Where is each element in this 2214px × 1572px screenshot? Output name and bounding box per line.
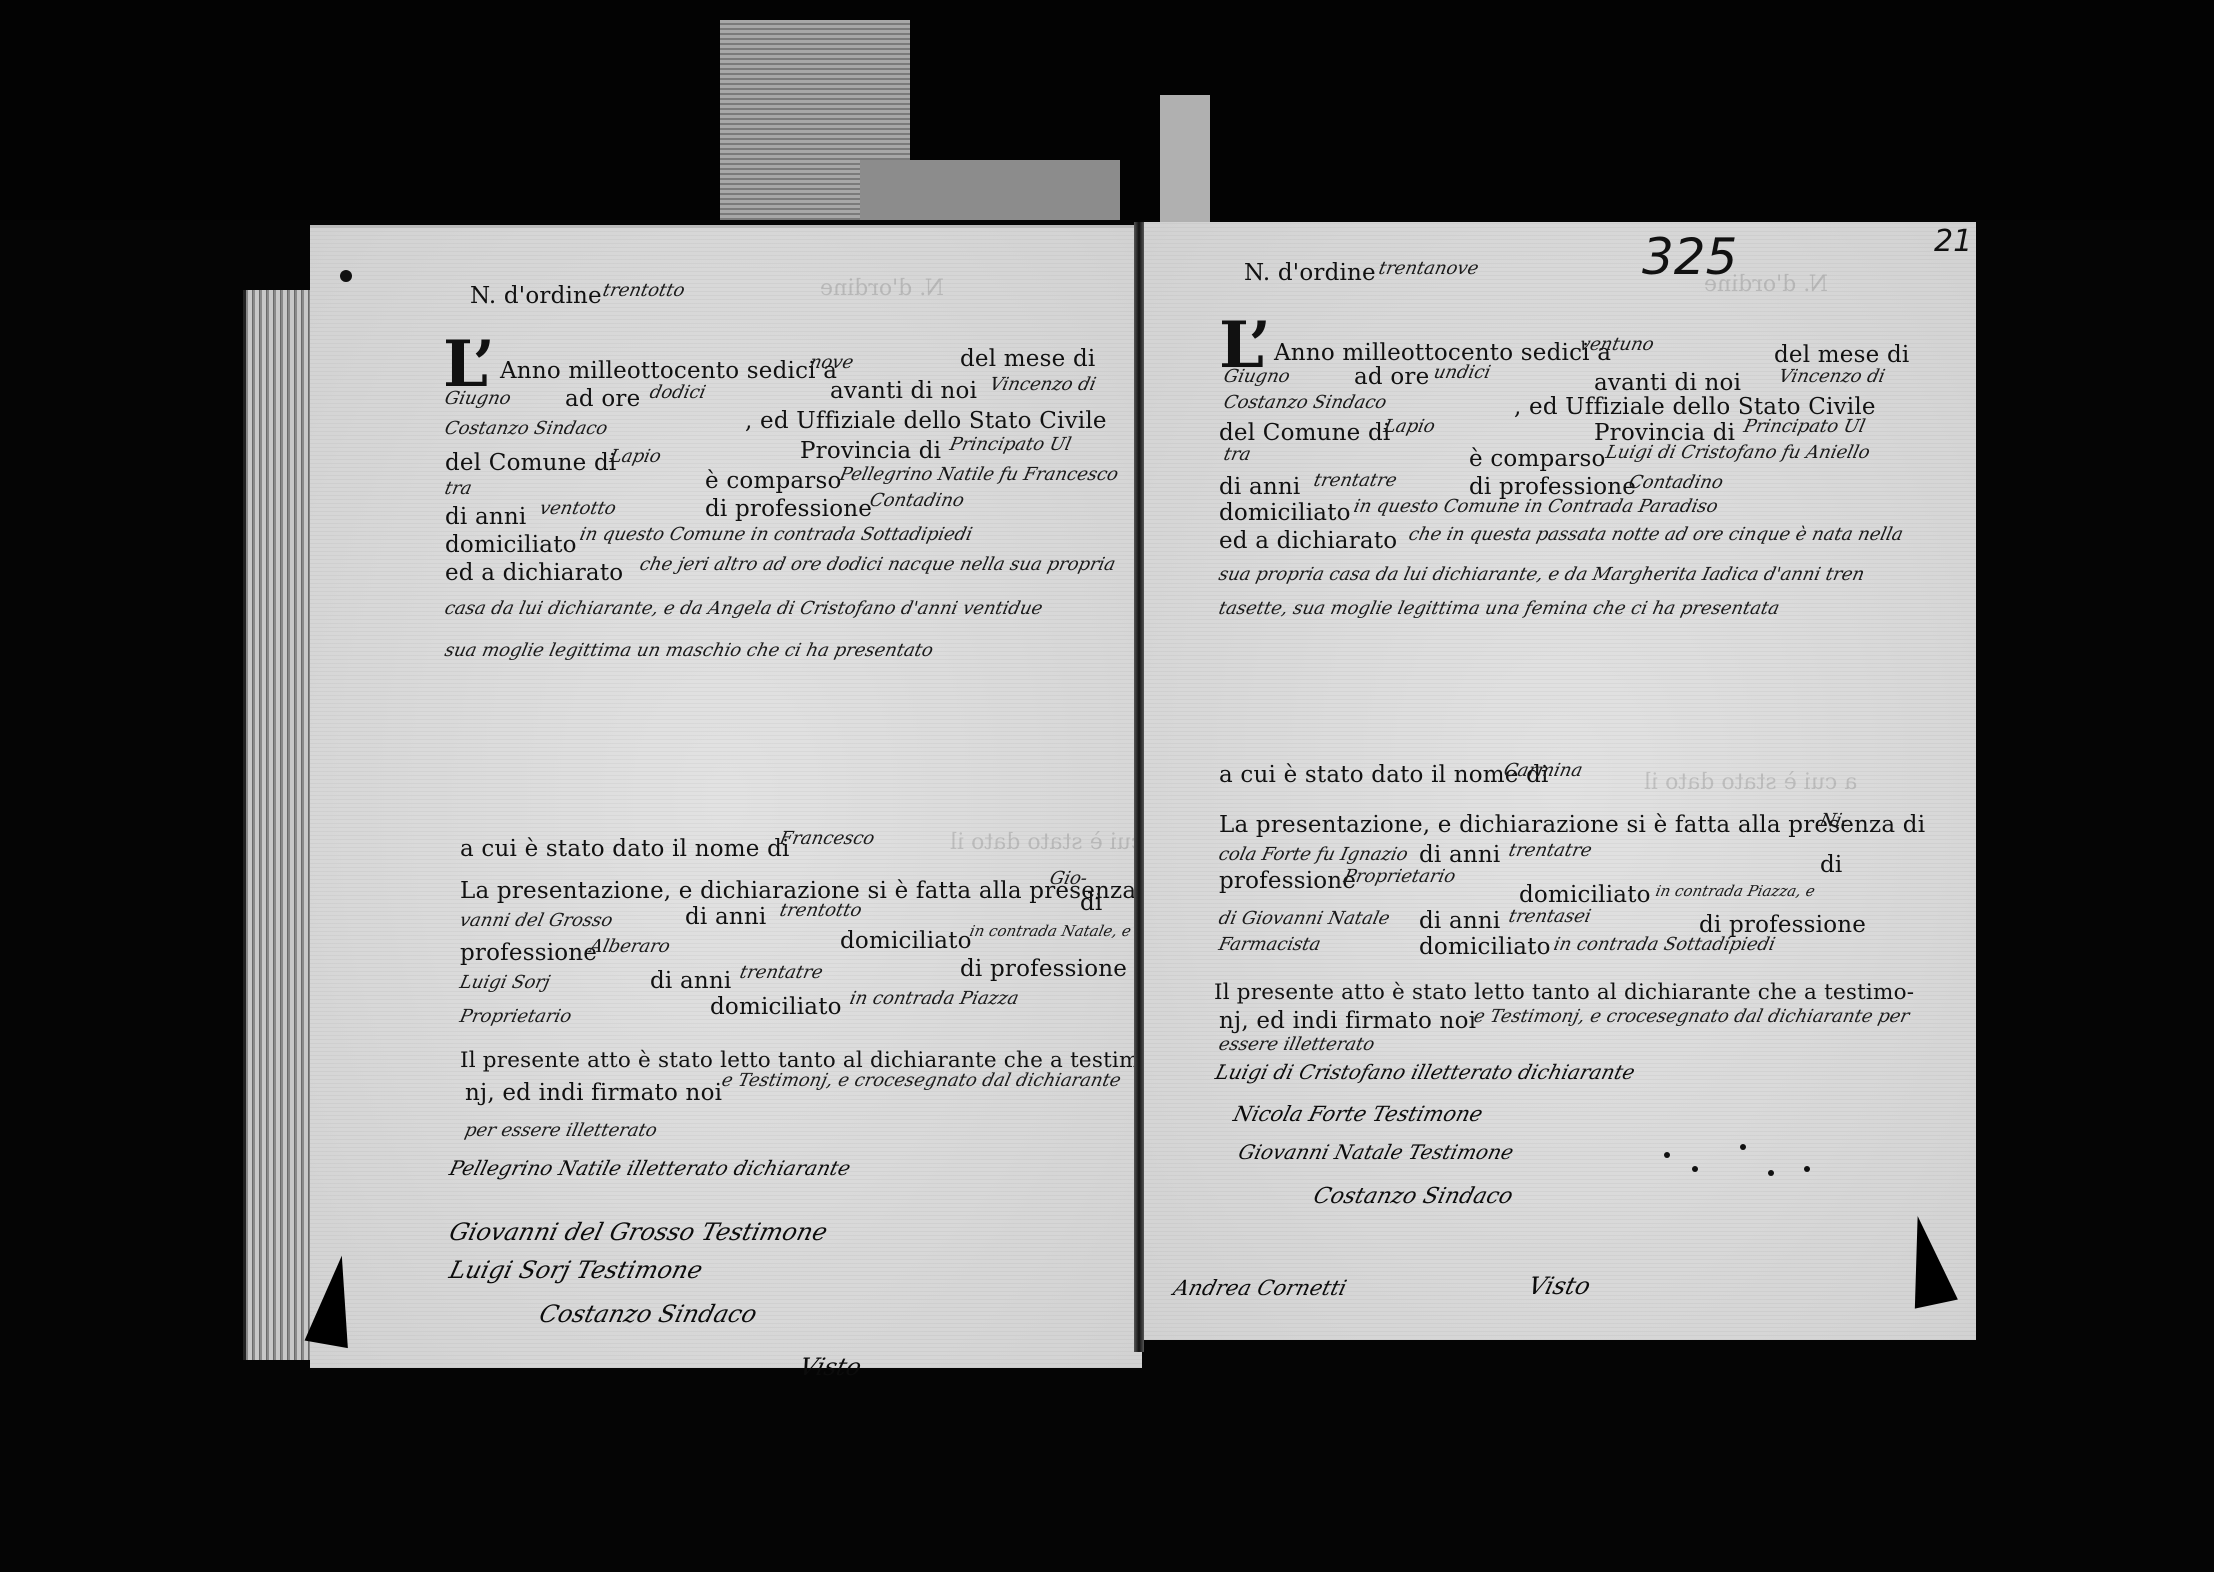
signature-witness: Giovanni Natale Testimone <box>1236 1140 1516 1164</box>
signature-mayor: Costanzo Sindaco <box>1311 1184 1516 1209</box>
ink-spot <box>1664 1152 1670 1158</box>
handwritten-declaration: casa da lui dichiarante, e da Angela di … <box>443 598 1045 619</box>
torn-paper-fragment <box>1160 95 1210 225</box>
ink-spot <box>1740 1144 1746 1150</box>
handwritten-declaration: sua moglie legittima un maschio che ci h… <box>443 640 935 661</box>
printed-text: domiciliato <box>1419 934 1551 960</box>
signature-visto: Visto <box>1526 1272 1594 1300</box>
printed-text: è comparso <box>705 468 842 494</box>
printed-text: ad ore <box>565 386 640 412</box>
printed-text: avanti di noi <box>830 378 977 404</box>
handwritten-declarant: Pellegrino Natile fu Francesco <box>838 464 1121 485</box>
handwritten-address: in contrada Sottadipiedi <box>1552 934 1777 955</box>
printed-text: di anni <box>685 904 767 930</box>
handwritten-profession: Alberaro <box>588 936 672 957</box>
handwritten-witness: Luigi Sorj <box>458 972 552 993</box>
printed-text: di professione <box>705 496 872 522</box>
handwritten-address: in questo Comune in Contrada Paradiso <box>1352 496 1720 517</box>
printed-text: di <box>1080 890 1102 916</box>
printed-text: nj, ed indi firmato noi <box>465 1080 722 1106</box>
handwritten-profession: Proprietario <box>1342 866 1458 887</box>
handwritten-profession: Contadino <box>868 490 966 511</box>
printed-text: nj, ed indi firmato noi <box>1219 1008 1476 1034</box>
handwritten-witness: vanni del Grosso <box>458 910 615 931</box>
handwritten-month: Giugno <box>1222 366 1292 387</box>
handwritten-officer: Vincenzo di <box>1777 366 1887 387</box>
signature-declarant: Pellegrino Natile illetterato dichiarant… <box>447 1156 853 1180</box>
printed-text: di anni <box>445 504 527 530</box>
handwritten-address: in contrada Piazza <box>848 988 1021 1009</box>
handwritten-age: trentatre <box>738 962 825 983</box>
printed-text: professione <box>1219 868 1356 894</box>
corner-folio-number: 21 <box>1934 224 1972 259</box>
handwritten-hour: undici <box>1432 362 1493 383</box>
bleed-through-text: a cui è stato dato il <box>1644 770 1857 795</box>
handwritten-age: trentatre <box>1312 470 1399 491</box>
handwritten-profession: Proprietario <box>458 1006 574 1027</box>
handwritten-witness: di Giovanni Natale <box>1217 908 1392 929</box>
printed-text: di anni <box>650 968 732 994</box>
handwritten-provincia: Principato Ul <box>1742 416 1867 437</box>
printed-text: ad ore <box>1354 364 1429 390</box>
handwritten-witness: cola Forte fu Ignazio <box>1217 844 1410 865</box>
handwritten-age: trentasei <box>1507 906 1593 927</box>
order-label: N. d'ordine <box>470 283 602 309</box>
handwritten-address: in questo Comune in contrada Sottadipied… <box>578 524 975 545</box>
signature-witness: Giovanni del Grosso Testimone <box>447 1218 831 1246</box>
handwritten-witness: Gio- <box>1048 868 1090 889</box>
handwritten-day: nove <box>808 352 856 373</box>
order-value: trentanove <box>1377 258 1481 279</box>
printed-text: Il presente atto è stato letto tanto al … <box>1214 980 1914 1005</box>
handwritten-age: trentatre <box>1507 840 1594 861</box>
printed-text: a cui è stato dato il nome di <box>1219 762 1549 788</box>
ink-spot <box>1692 1166 1698 1172</box>
handwritten-child-name: Francesco <box>778 828 877 849</box>
signature-clerk: Andrea Cornetti <box>1171 1276 1349 1300</box>
handwritten-profession: Farmacista <box>1217 934 1323 955</box>
order-label: N. d'ordine <box>1244 260 1376 286</box>
handwritten-hour: dodici <box>648 382 708 403</box>
handwritten-text: tra <box>1222 444 1253 465</box>
handwritten-declaration: sua propria casa da lui dichiarante, e d… <box>1217 564 1867 585</box>
printed-text: di anni <box>1219 474 1301 500</box>
handwritten-age: ventotto <box>538 498 618 519</box>
handwritten-officer: Costanzo Sindaco <box>1222 392 1389 413</box>
handwritten-comune: Lapio <box>608 446 663 467</box>
printed-text: domiciliato <box>840 928 972 954</box>
signature-declarant: Luigi di Cristofano illetterato dichiara… <box>1213 1060 1638 1084</box>
printed-text: domiciliato <box>1519 882 1651 908</box>
handwritten-provincia: Principato Ul <box>948 434 1073 455</box>
printed-text: di anni <box>1419 842 1501 868</box>
printed-text: del Comune di <box>445 450 616 476</box>
handwritten-child-name: Carmina <box>1502 760 1585 781</box>
printed-text: Provincia di <box>800 438 941 464</box>
left-page: N. d'ordine N. d'ordine trentotto L’ Ann… <box>310 225 1142 1368</box>
printed-text: di <box>1820 852 1842 878</box>
book-gutter <box>1134 222 1144 1352</box>
handwritten-profession: Contadino <box>1627 472 1725 493</box>
handwritten-month: Giugno <box>443 388 513 409</box>
right-page: 325 21 N. d'ordine N. d'ordine trentanov… <box>1140 222 1976 1340</box>
handwritten-declaration: che jeri altro ad ore dodici nacque nell… <box>638 554 1118 575</box>
bleed-through-text: a cui è stato dato il <box>950 830 1163 855</box>
printed-text: ed a dichiarato <box>445 560 623 586</box>
printed-text: domiciliato <box>445 532 577 558</box>
handwritten-closing: essere illetterato <box>1217 1034 1377 1055</box>
printed-text: è comparso <box>1469 446 1606 472</box>
printed-text: a cui è stato dato il nome di <box>460 836 790 862</box>
printed-text: di anni <box>1419 908 1501 934</box>
signature-mayor: Costanzo Sindaco <box>537 1300 760 1328</box>
torn-paper-fragment <box>860 160 1120 220</box>
signature-witness: Luigi Sorj Testimone <box>447 1256 706 1284</box>
handwritten-declaration: tasette, sua moglie legittima una femina… <box>1217 598 1782 619</box>
handwritten-comune: Lapio <box>1382 416 1437 437</box>
handwritten-closing: e Testimonj, e crocesegnato dal dichiara… <box>720 1070 1123 1091</box>
printed-text: Anno milleottocento sedici a <box>500 358 837 384</box>
bleed-through-text: N. d'ordine <box>820 276 944 301</box>
handwritten-declaration: che in questa passata notte ad ore cinqu… <box>1407 524 1905 545</box>
handwritten-age: trentotto <box>778 900 864 921</box>
printed-text: , ed Uffiziale dello Stato Civile <box>745 408 1107 434</box>
page-edges <box>243 290 318 1360</box>
printed-text: ed a dichiarato <box>1219 528 1397 554</box>
handwritten-declarant: Luigi di Cristofano fu Aniello <box>1604 442 1872 463</box>
printed-text: domiciliato <box>1219 500 1351 526</box>
handwritten-address: in contrada Piazza, e <box>1654 882 1817 900</box>
handwritten-text: tra <box>443 478 474 499</box>
handwritten-day: ventuno <box>1578 334 1656 355</box>
signature-visto: Visto <box>797 1353 865 1381</box>
handwritten-witness: Ni- <box>1818 810 1850 831</box>
ink-spot <box>1768 1170 1774 1176</box>
printed-text: del mese di <box>1774 342 1909 368</box>
printed-text: di professione <box>960 956 1127 982</box>
printed-text: avanti di noi <box>1594 370 1741 396</box>
bleed-through-text: N. d'ordine <box>1704 272 1828 297</box>
handwritten-officer: Costanzo Sindaco <box>443 418 610 439</box>
printed-text: del Comune di <box>1219 420 1390 446</box>
handwritten-closing: per essere illetterato <box>463 1120 659 1141</box>
handwritten-closing: e Testimonj, e crocesegnato dal dichiara… <box>1472 1006 1912 1027</box>
printed-text: del mese di <box>960 346 1095 372</box>
printed-text: professione <box>460 940 597 966</box>
order-value: trentotto <box>601 280 687 301</box>
ink-spot <box>1804 1166 1810 1172</box>
ink-spot <box>340 270 352 282</box>
handwritten-address: in contrada Natale, e <box>968 922 1133 940</box>
handwritten-officer: Vincenzo di <box>988 374 1098 395</box>
printed-text: domiciliato <box>710 994 842 1020</box>
signature-witness: Nicola Forte Testimone <box>1231 1102 1485 1126</box>
